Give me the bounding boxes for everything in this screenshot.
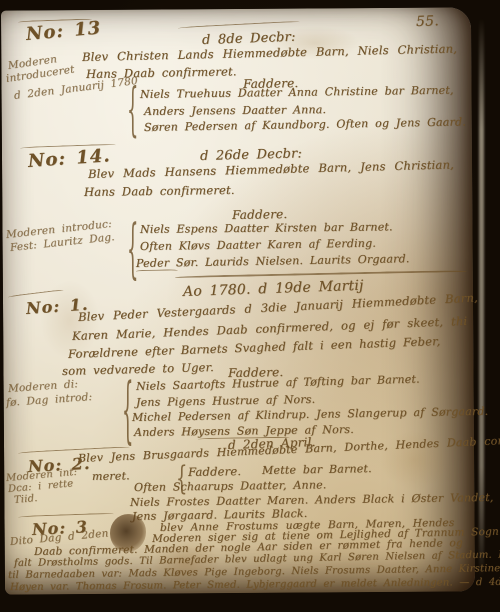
entry2-faddere-line: Often Schaarups Daatter, Anne.: [134, 478, 327, 494]
entry14-faddere-label: Faddere.: [232, 207, 288, 222]
entry13-faddere-line: Anders Jensens Daatter Anna.: [144, 103, 326, 118]
entry14-body-line: Hans Daab confirmeret.: [84, 183, 235, 199]
scanned-register-photo: 55. No: 13 d 8de Decbr: Blev Christen La…: [0, 0, 500, 612]
entry2-margin-note: Tiid.: [14, 493, 39, 506]
entry14-faddere-line: Niels Espens Daatter Kirsten bar Barnet.: [140, 220, 393, 236]
entry2-body-line: meret.: [92, 469, 130, 483]
page-number: 55.: [416, 13, 439, 30]
entry2-faddere-line: Mette bar Barnet.: [262, 462, 372, 477]
curly-brace: {: [127, 84, 138, 142]
entry2-faddere-label: Faddere.: [188, 464, 241, 479]
curly-brace: {: [127, 220, 138, 285]
